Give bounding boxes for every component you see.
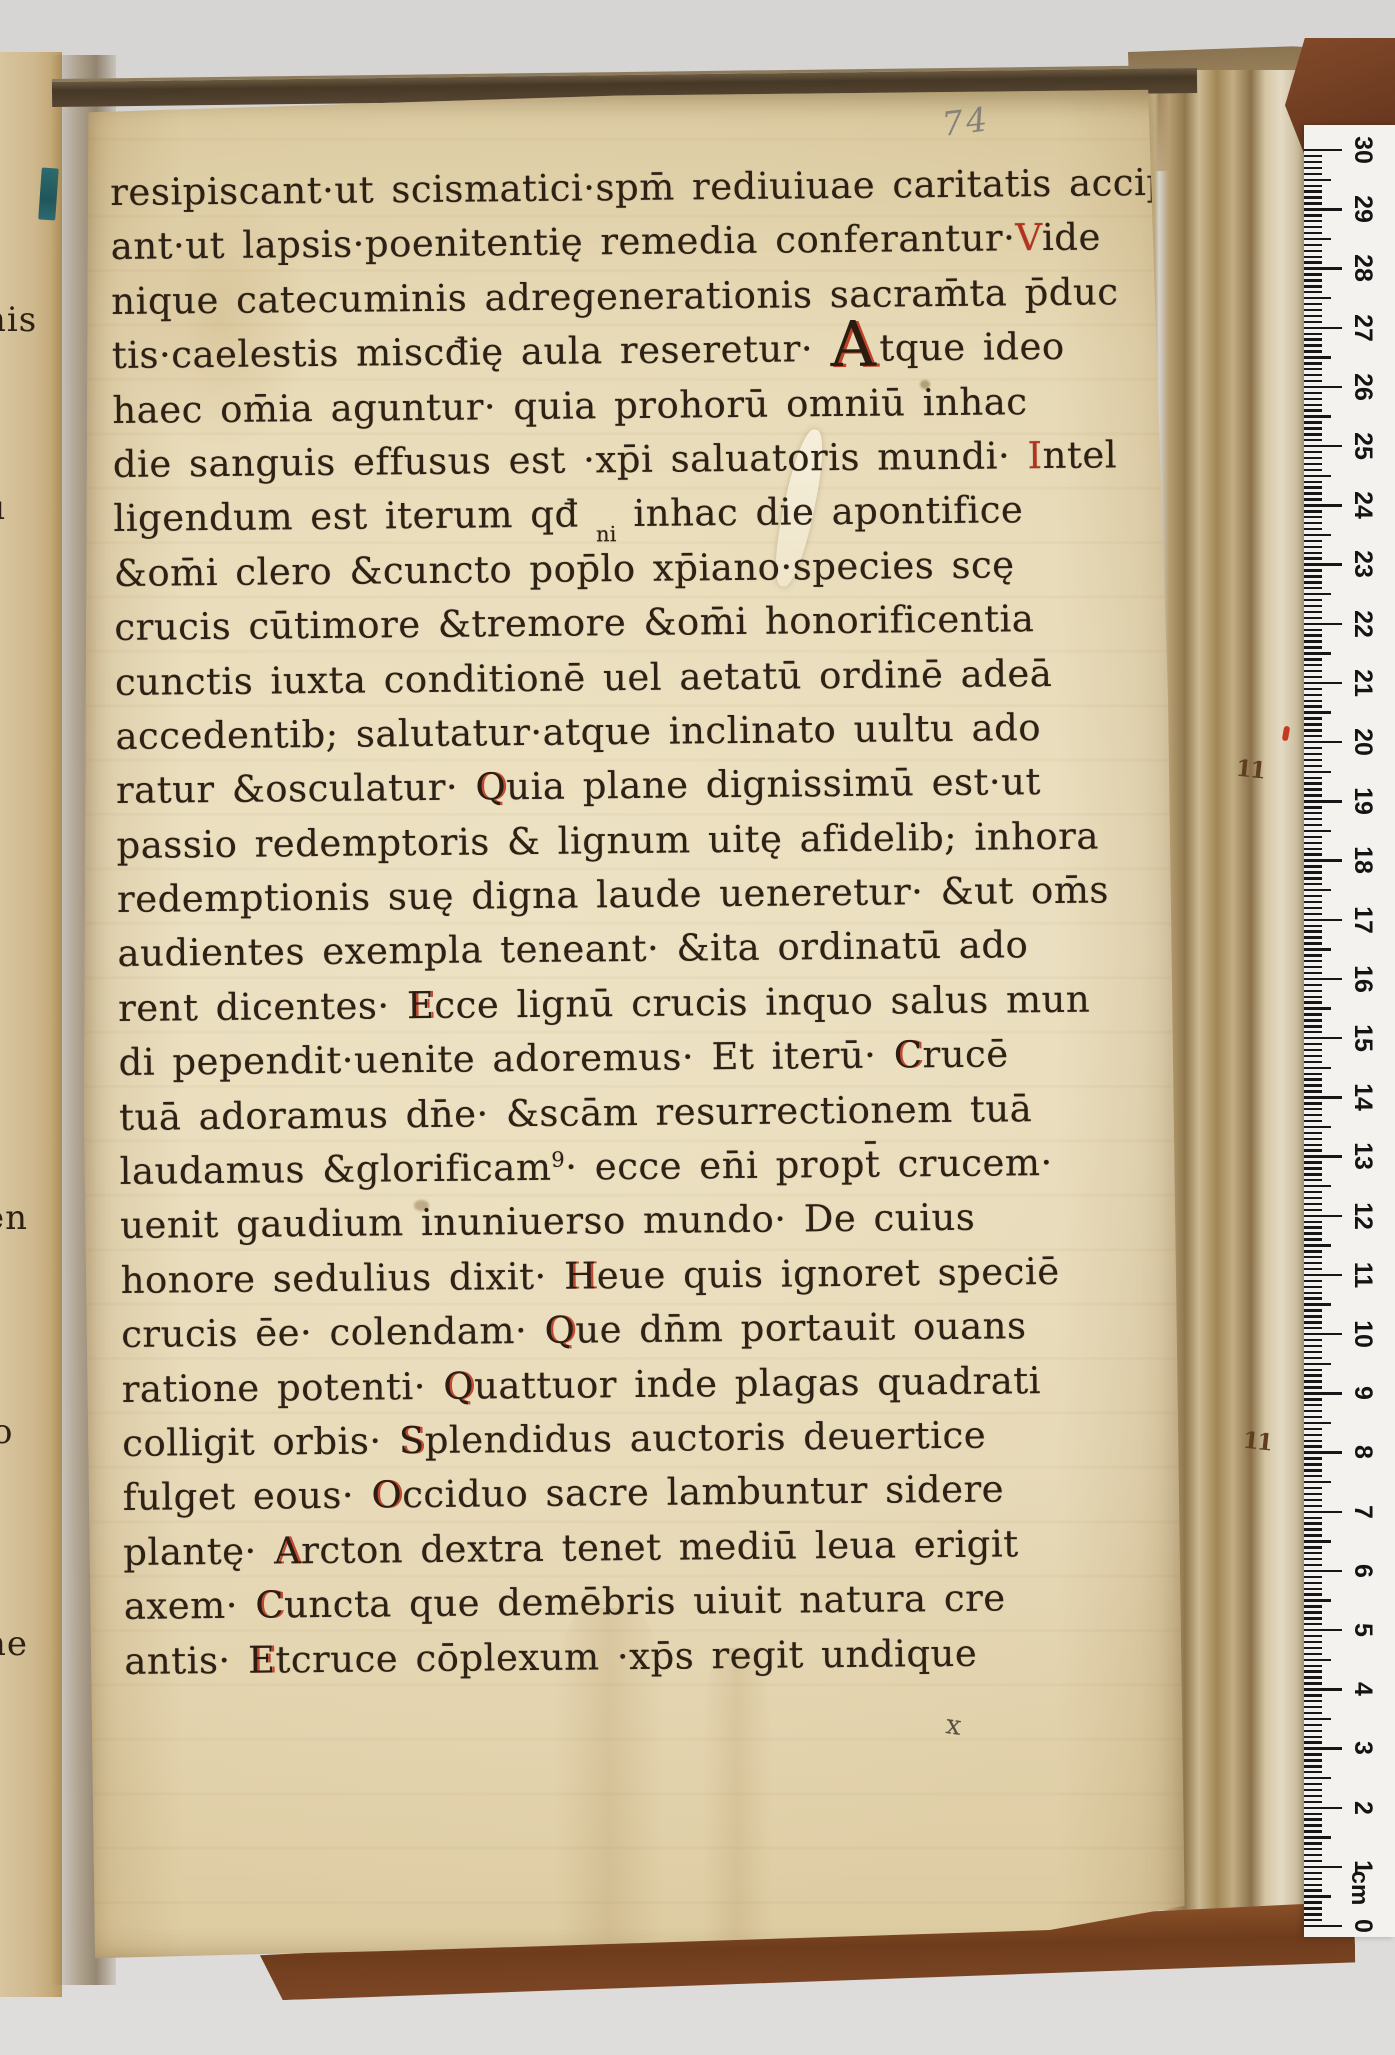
ruler-mm-tick	[1304, 771, 1331, 773]
ruler-number: 23	[1348, 543, 1378, 585]
ruler-mm-tick	[1304, 1605, 1322, 1607]
manuscript-text-segment: O	[371, 1474, 402, 1517]
manuscript-text-segment: ide	[1042, 216, 1101, 260]
manuscript-text-segment: tque ideo	[879, 325, 1065, 370]
manuscript-text-segment: S	[399, 1419, 425, 1462]
ruler-mm-tick	[1304, 457, 1322, 459]
ruler-mm-tick	[1304, 1558, 1322, 1560]
ruler-mm-tick	[1304, 1262, 1322, 1264]
manuscript-text-segment: cce lignū crucis inquo salus mun	[434, 977, 1090, 1026]
ruler-mm-tick	[1304, 1144, 1322, 1146]
ruler-number: 9	[1348, 1372, 1378, 1414]
ruler-mm-tick	[1304, 1232, 1322, 1234]
ruler-mm-tick	[1304, 1854, 1322, 1856]
manuscript-line: die sanguis effusus est ·xp̄i saluatoris…	[113, 428, 1113, 492]
ruler-mm-tick	[1304, 350, 1322, 352]
ruler-mm-tick	[1304, 830, 1331, 832]
manuscript-line: ratione potenti· Quattuor inde plagas qu…	[121, 1353, 1121, 1417]
ruler-mm-tick	[1304, 173, 1322, 175]
manuscript-text-segment: rent dicentes·	[118, 984, 407, 1030]
ruler-cm-tick	[1304, 1037, 1342, 1039]
manuscript-text-segment: die sanguis effusus est ·xp̄i saluatoris…	[113, 434, 1028, 486]
ruler-mm-tick	[1304, 871, 1322, 873]
ruler-mm-tick	[1304, 889, 1331, 891]
ruler-mm-tick	[1304, 356, 1331, 358]
ruler-mm-tick	[1304, 1268, 1322, 1270]
ruler-mm-tick	[1304, 1576, 1322, 1578]
ruler-mm-tick	[1304, 190, 1322, 192]
ruler-mm-tick	[1304, 1499, 1322, 1501]
ruler-mm-tick	[1304, 836, 1322, 838]
ruler-mm-tick	[1304, 1173, 1322, 1175]
ruler-mm-tick	[1304, 1694, 1322, 1696]
ruler-mm-tick	[1304, 1339, 1322, 1341]
ruler-mm-tick	[1304, 599, 1322, 601]
ruler-mm-tick	[1304, 1475, 1322, 1477]
ruler-mm-tick	[1304, 250, 1322, 252]
manuscript-text-segment: ligendum est iterum qđ	[113, 493, 596, 541]
ruler-mm-tick	[1304, 1759, 1322, 1761]
ruler-mm-tick	[1304, 1238, 1322, 1240]
ruler-mm-tick	[1304, 658, 1322, 660]
facing-page-text-fragment: o	[0, 1412, 13, 1452]
manuscript-text-segment: nique catecuminis adregenerationis sacra…	[111, 270, 1119, 323]
ruler-mm-tick	[1304, 705, 1322, 707]
stray-x-mark: x	[944, 1709, 963, 1742]
manuscript-line: accedentib; salutatur·atque inclinato uu…	[115, 700, 1115, 764]
ruler-mm-tick	[1304, 516, 1322, 518]
ruler-number: 20	[1348, 721, 1378, 763]
ruler-cm-tick	[1304, 1925, 1342, 1927]
ruler-mm-tick	[1304, 1830, 1322, 1832]
ruler-cm-tick	[1304, 1274, 1342, 1276]
ruler-mm-tick	[1304, 1741, 1322, 1743]
fore-edge-ink-mark: 11	[1235, 755, 1266, 785]
ruler-mm-tick	[1304, 498, 1322, 500]
ruler-mm-tick	[1304, 1546, 1322, 1548]
manuscript-line: tuā adoramus dn̄e· &scām resurrectionem …	[119, 1081, 1119, 1145]
ruler-mm-tick	[1304, 948, 1331, 950]
ruler-mm-tick	[1304, 1416, 1322, 1418]
ruler-mm-tick	[1304, 244, 1322, 246]
ruler-mm-tick	[1304, 1102, 1322, 1104]
manuscript-text-segment: ratione potenti·	[122, 1364, 444, 1410]
manuscript-line: axem· Cuncta que demēbris uiuit natura c…	[124, 1570, 1124, 1634]
ruler-mm-tick	[1304, 404, 1322, 406]
ruler-mm-tick	[1304, 433, 1322, 435]
ruler-mm-tick	[1304, 1404, 1322, 1406]
manuscript-text-segment: uattuor inde plagas quadrati	[474, 1359, 1041, 1407]
manuscript-text-segment: fulget eous·	[123, 1474, 372, 1519]
ruler-cm-tick	[1304, 1747, 1342, 1749]
ruler-mm-tick	[1304, 1380, 1322, 1382]
manuscript-line: ant·ut lapsis·poenitentię remedia confer…	[111, 211, 1111, 275]
ruler-number: 29	[1348, 188, 1378, 230]
ruler-mm-tick	[1304, 1665, 1322, 1667]
ruler-mm-tick	[1304, 688, 1322, 690]
ruler-mm-tick	[1304, 1682, 1322, 1684]
ruler-mm-tick	[1304, 1025, 1322, 1027]
ruler-number: 0	[1348, 1905, 1378, 1947]
ruler-mm-tick	[1304, 1386, 1322, 1388]
ruler-mm-tick	[1304, 540, 1322, 542]
ruler-mm-tick	[1304, 1641, 1322, 1643]
ruler-number: 5	[1348, 1609, 1378, 1651]
manuscript-text-segment: Q	[475, 766, 506, 809]
folio-number: 74	[940, 99, 992, 144]
ruler-mm-tick	[1304, 930, 1322, 932]
ruler-mm-tick	[1304, 309, 1322, 311]
ruler-mm-tick	[1304, 1884, 1322, 1886]
ruler-mm-tick	[1304, 960, 1322, 962]
ruler-mm-tick	[1304, 1374, 1322, 1376]
ruler-mm-tick	[1304, 1676, 1322, 1678]
ruler-mm-tick	[1304, 534, 1331, 536]
ruler-mm-tick	[1304, 1256, 1322, 1258]
ruler-mm-tick	[1304, 853, 1322, 855]
ruler-mm-tick	[1304, 1410, 1322, 1412]
manuscript-text-segment: V	[1015, 216, 1042, 259]
manuscript-text-segment: rcton dextra tenet mediū leua erigit	[301, 1522, 1019, 1572]
ruler-mm-tick	[1304, 925, 1322, 927]
ruler-mm-tick	[1304, 1327, 1322, 1329]
ruler-number: 22	[1348, 603, 1378, 645]
ruler-mm-tick	[1304, 374, 1322, 376]
manuscript-text-segment: axem·	[124, 1584, 256, 1628]
manuscript-line: crucis ēe· colendam· Que dn̄m portauit o…	[121, 1299, 1121, 1363]
manuscript-page: 74 resipiscant·ut scismatici·spm̄ rediui…	[84, 88, 1189, 1960]
manuscript-text-segment: · ecce en̄i propt̄ crucem·	[565, 1141, 1053, 1189]
ruler-cm-tick	[1304, 504, 1342, 506]
manuscript-text-segment: ue dn̄m portauit ouans	[575, 1304, 1027, 1351]
manuscript-text-segment: honore sedulius dixit·	[120, 1255, 564, 1302]
manuscript-text-segment: inhac die apontifice	[616, 489, 1024, 536]
ruler-mm-tick	[1304, 990, 1322, 992]
ruler-number: 17	[1348, 899, 1378, 941]
manuscript-line: cunctis iuxta conditionē uel aetatū ordi…	[115, 646, 1115, 710]
ruler-number: 6	[1348, 1550, 1378, 1592]
ruler-mm-tick	[1304, 1813, 1322, 1815]
ruler-mm-tick	[1304, 1161, 1322, 1163]
manuscript-text-segment: H	[564, 1254, 597, 1297]
ruler-mm-tick	[1304, 1197, 1322, 1199]
ruler-mm-tick	[1304, 1286, 1322, 1288]
ruler-mm-tick	[1304, 338, 1322, 340]
ruler-mm-tick	[1304, 486, 1322, 488]
ruler-mm-tick	[1304, 1818, 1322, 1820]
ruler-mm-tick	[1304, 1321, 1322, 1323]
manuscript-text-segment: E	[407, 984, 435, 1027]
ruler-mm-tick	[1304, 694, 1322, 696]
ruler-mm-tick	[1304, 759, 1322, 761]
ruler-mm-tick	[1304, 1872, 1322, 1874]
ruler-number: 19	[1348, 780, 1378, 822]
manuscript-line: plantę· Arcton dextra tenet mediū leua e…	[123, 1516, 1123, 1580]
ruler-mm-tick	[1304, 1126, 1331, 1128]
ruler-mm-tick	[1304, 1001, 1322, 1003]
ruler-mm-tick	[1304, 972, 1322, 974]
ruler-mm-tick	[1304, 226, 1322, 228]
ruler-mm-tick	[1304, 333, 1322, 335]
ruler-mm-tick	[1304, 1505, 1322, 1507]
ruler-mm-tick	[1304, 463, 1322, 465]
ruler-mm-tick	[1304, 380, 1322, 382]
ruler-mm-tick	[1304, 877, 1322, 879]
manuscript-text-segment: plantę·	[123, 1529, 274, 1573]
ruler-mm-tick	[1304, 1765, 1322, 1767]
ruler-mm-tick	[1304, 1309, 1322, 1311]
ruler-mm-tick	[1304, 510, 1322, 512]
ruler-mm-tick	[1304, 552, 1322, 554]
ruler-mm-tick	[1304, 865, 1322, 867]
ruler-mm-tick	[1304, 711, 1331, 713]
ruler-mm-tick	[1304, 1635, 1322, 1637]
ruler-mm-tick	[1304, 1031, 1322, 1033]
manuscript-text-segment: I	[1027, 434, 1043, 477]
ruler-mm-tick	[1304, 1653, 1322, 1655]
ruler-mm-tick	[1304, 1226, 1322, 1228]
ruler-mm-tick	[1304, 1564, 1322, 1566]
ruler-cm-tick	[1304, 267, 1342, 269]
manuscript-line: resipiscant·ut scismatici·spm̄ rediuiuae…	[110, 156, 1110, 220]
ruler-number: 13	[1348, 1135, 1378, 1177]
ruler-mm-tick	[1304, 1848, 1322, 1850]
ruler-number: 11	[1348, 1254, 1378, 1296]
ruler-mm-tick	[1304, 303, 1322, 305]
manuscript-text-segment: laudamus &glorificam	[119, 1146, 551, 1193]
ruler-mm-tick	[1304, 629, 1322, 631]
ruler-mm-tick	[1304, 581, 1322, 583]
ruler-mm-tick	[1304, 161, 1322, 163]
ruler-mm-tick	[1304, 1114, 1322, 1116]
ruler-mm-tick	[1304, 344, 1322, 346]
ruler-mm-tick	[1304, 1599, 1331, 1601]
ruler-cm-tick	[1304, 1807, 1342, 1809]
ruler-mm-tick	[1304, 1422, 1331, 1424]
ruler-mm-tick	[1304, 421, 1322, 423]
ruler-number: 21	[1348, 662, 1378, 704]
ruler-mm-tick	[1304, 1457, 1322, 1459]
fore-edge-ink-mark: 11	[1242, 1427, 1273, 1457]
ruler-mm-tick	[1304, 670, 1322, 672]
ruler-mm-tick	[1304, 1481, 1331, 1483]
manuscript-text-segment: colligit orbis·	[122, 1419, 399, 1465]
ruler-mm-tick	[1304, 1753, 1322, 1755]
facing-page-text-fragment: ne	[0, 1624, 28, 1664]
ruler-mm-tick	[1304, 1445, 1322, 1447]
ruler-number: 2	[1348, 1787, 1378, 1829]
facing-page-text-fragment: ı	[0, 488, 6, 528]
ruler-mm-tick	[1304, 747, 1322, 749]
ruler-mm-tick	[1304, 605, 1322, 607]
ruler-mm-tick	[1304, 261, 1322, 263]
ruler-mm-tick	[1304, 640, 1322, 642]
manuscript-line: &om̄i clero &cuncto pop̄lo xp̄iano·speci…	[114, 537, 1114, 601]
ruler-number: 8	[1348, 1431, 1378, 1473]
ruler-number: 26	[1348, 366, 1378, 408]
ruler-mm-tick	[1304, 1440, 1322, 1442]
ruler-mm-tick	[1304, 1824, 1322, 1826]
ruler-mm-tick	[1304, 895, 1322, 897]
ruler-mm-tick	[1304, 1517, 1322, 1519]
manuscript-line: antis· Etcruce cōplexum ·xp̄s regit undi…	[124, 1625, 1124, 1689]
ruler-mm-tick	[1304, 1706, 1322, 1708]
manuscript-text-segment: uia plane dignissimū est·ut	[506, 760, 1041, 808]
ruler-mm-tick	[1304, 1078, 1322, 1080]
ruler-mm-tick	[1304, 321, 1322, 323]
manuscript-line: rent dicentes· Ecce lignū crucis inquo s…	[118, 972, 1118, 1036]
ruler-mm-tick	[1304, 362, 1322, 364]
ruler-mm-tick	[1304, 415, 1331, 417]
manuscript-text-segment: haec om̄ia aguntur· quia prohorū omniū i…	[112, 380, 1028, 432]
manuscript-line: laudamus &glorificam9· ecce en̄i propt̄ …	[119, 1135, 1119, 1199]
manuscript-text-segment: rucē	[922, 1033, 1009, 1077]
ruler-number: 14	[1348, 1076, 1378, 1118]
ruler-mm-tick	[1304, 1777, 1331, 1779]
ruler-mm-tick	[1304, 232, 1322, 234]
ruler-mm-tick	[1304, 1795, 1322, 1797]
ruler-mm-tick	[1304, 481, 1322, 483]
ruler-number: 12	[1348, 1195, 1378, 1237]
manuscript-text-segment: crucis ēe· colendam·	[121, 1309, 545, 1356]
ruler-cm-tick	[1304, 1096, 1342, 1098]
ruler-mm-tick	[1304, 392, 1322, 394]
ruler-number: 30	[1348, 129, 1378, 171]
manuscript-line: colligit orbis· Splendidus auctoris deue…	[122, 1407, 1122, 1471]
ruler-mm-tick	[1304, 569, 1322, 571]
ruler-mm-tick	[1304, 1700, 1322, 1702]
manuscript-text-segment: accedentib; salutatur·atque inclinato uu…	[115, 706, 1041, 758]
manuscript-line: redemptionis suę digna laude ueneretur· …	[117, 863, 1117, 927]
manuscript-line: honore sedulius dixit· Heue quis ignoret…	[120, 1244, 1120, 1308]
manuscript-text-segment: di pependit·uenite adoremus· Et iterū·	[118, 1034, 894, 1084]
ruler-mm-tick	[1304, 966, 1322, 968]
ruler-mm-tick	[1304, 1019, 1322, 1021]
ruler-mm-tick	[1304, 907, 1322, 909]
ruler-cm-tick	[1304, 1570, 1342, 1572]
ruler-mm-tick	[1304, 238, 1331, 240]
ruler-mm-tick	[1304, 735, 1322, 737]
ruler-mm-tick	[1304, 1013, 1322, 1015]
ruler-mm-tick	[1304, 1345, 1322, 1347]
ruler-mm-tick	[1304, 1736, 1322, 1738]
ruler-mm-tick	[1304, 1244, 1331, 1246]
ruler-mm-tick	[1304, 1007, 1331, 1009]
ruler-mm-tick	[1304, 1718, 1331, 1720]
ruler-mm-tick	[1304, 475, 1331, 477]
ruler-mm-tick	[1304, 883, 1322, 885]
ruler-mm-tick	[1304, 1913, 1322, 1915]
ruler-mm-tick	[1304, 1895, 1331, 1897]
ruler-mm-tick	[1304, 291, 1322, 293]
manuscript-text-segment: Q	[443, 1364, 474, 1407]
ruler-mm-tick	[1304, 1771, 1322, 1773]
ruler-number: 28	[1348, 247, 1378, 289]
manuscript-line: uenit gaudium inuniuerso mundo· De cuius	[120, 1190, 1120, 1254]
ruler-mm-tick	[1304, 1469, 1322, 1471]
ruler-mm-tick	[1304, 1712, 1322, 1714]
ruler-mm-tick	[1304, 1428, 1322, 1430]
manuscript-text-segment: E	[248, 1638, 276, 1681]
ruler-cm-tick	[1304, 1866, 1342, 1868]
ruler-cm-tick	[1304, 1451, 1342, 1453]
ruler-mm-tick	[1304, 1138, 1322, 1140]
manuscript-text-segment: redemptionis suę digna laude ueneretur· …	[117, 869, 1109, 922]
ruler-mm-tick	[1304, 848, 1322, 850]
ruler-mm-tick	[1304, 1132, 1322, 1134]
manuscript-text-segment: 9	[551, 1148, 565, 1172]
ruler-mm-tick	[1304, 1315, 1322, 1317]
ruler-mm-tick	[1304, 913, 1322, 915]
manuscript-line: di pependit·uenite adoremus· Et iterū· C…	[118, 1027, 1118, 1091]
ruler-mm-tick	[1304, 1067, 1331, 1069]
ruler-mm-tick	[1304, 1919, 1322, 1921]
ruler-mm-tick	[1304, 1522, 1322, 1524]
ruler-mm-tick	[1304, 1487, 1322, 1489]
ruler-mm-tick	[1304, 818, 1322, 820]
ruler-mm-tick	[1304, 1724, 1322, 1726]
manuscript-text-block: resipiscant·ut scismatici·spm̄ rediuiuae…	[110, 156, 1125, 1688]
ruler-mm-tick	[1304, 1540, 1331, 1542]
manuscript-text-segment: C	[894, 1033, 923, 1076]
ruler-mm-tick	[1304, 1617, 1322, 1619]
manuscript-text-segment: cciduo sacre lambuntur sidere	[402, 1468, 1004, 1517]
ruler-mm-tick	[1304, 1647, 1322, 1649]
ruler-mm-tick	[1304, 1179, 1322, 1181]
ruler-cm-tick	[1304, 563, 1342, 565]
ruler-mm-tick	[1304, 634, 1322, 636]
ruler-mm-tick	[1304, 901, 1322, 903]
ruler-mm-tick	[1304, 1593, 1322, 1595]
manuscript-line: ratur &osculatur· Quia plane dignissimū …	[116, 755, 1116, 819]
ruler-mm-tick	[1304, 1250, 1322, 1252]
ruler-mm-tick	[1304, 1049, 1322, 1051]
ruler-mm-tick	[1304, 256, 1322, 258]
ruler-cm-tick	[1304, 1688, 1342, 1690]
manuscript-text-segment: passio redemptoris & lignum uitę afideli…	[116, 814, 1099, 866]
ruler-mm-tick	[1304, 1061, 1322, 1063]
ruler-mm-tick	[1304, 1185, 1331, 1187]
ruler-mm-tick	[1304, 954, 1322, 956]
ruler-mm-tick	[1304, 398, 1322, 400]
ruler-mm-tick	[1304, 765, 1322, 767]
ruler-mm-tick	[1304, 285, 1322, 287]
ruler-number: 25	[1348, 425, 1378, 467]
ruler-mm-tick	[1304, 782, 1322, 784]
manuscript-text-segment: crucis cūtimore &tremore &om̄i honorific…	[114, 597, 1034, 649]
ruler-mm-tick	[1304, 451, 1322, 453]
ruler-mm-tick	[1304, 273, 1322, 275]
manuscript-line: nique catecuminis adregenerationis sacra…	[111, 265, 1111, 329]
ruler-mm-tick	[1304, 1783, 1322, 1785]
ruler-mm-tick	[1304, 279, 1322, 281]
ruler-mm-tick	[1304, 777, 1322, 779]
ruler-mm-tick	[1304, 1108, 1322, 1110]
ruler-mm-tick	[1304, 652, 1331, 654]
ruler-mm-tick	[1304, 1789, 1322, 1791]
ruler-cm-tick	[1304, 327, 1342, 329]
manuscript-text-segment: audientes exempla teneant· &ita ordinatū…	[117, 924, 1028, 976]
ruler-mm-tick	[1304, 297, 1331, 299]
manuscript-text-segment: plendidus auctoris deuertice	[425, 1414, 987, 1462]
ruler-mm-tick	[1304, 1280, 1322, 1282]
ruler-mm-tick	[1304, 1582, 1322, 1584]
ruler-mm-tick	[1304, 1801, 1322, 1803]
manuscript-text-segment: antis·	[124, 1638, 248, 1682]
ruler-mm-tick	[1304, 575, 1322, 577]
manuscript-text-segment: resipiscant·ut scismatici·spm̄ rediuiuae…	[110, 161, 1183, 214]
ruler-mm-tick	[1304, 788, 1322, 790]
